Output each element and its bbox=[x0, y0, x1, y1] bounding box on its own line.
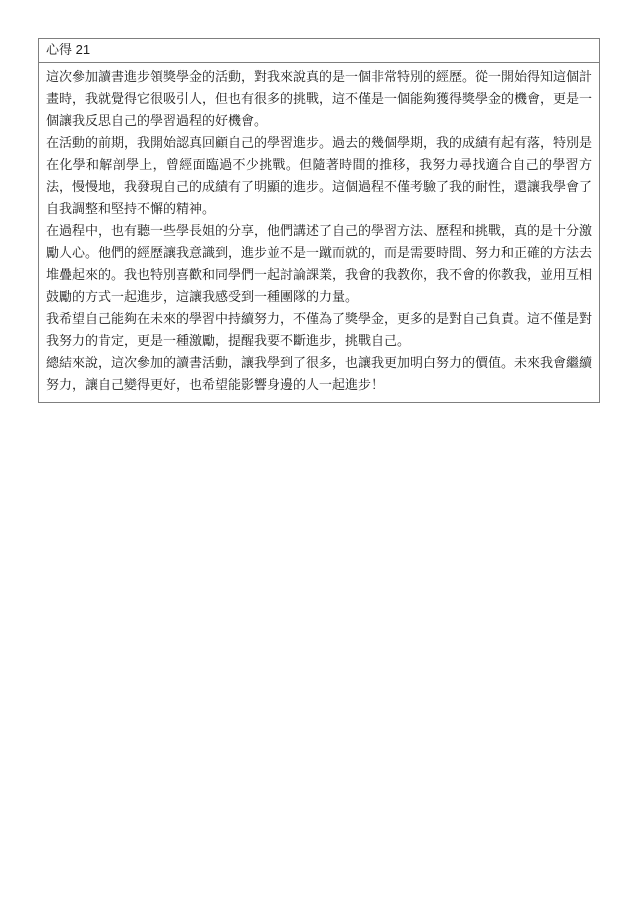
reflection-paragraph-4: 我希望自己能夠在未來的學習中持續努力，不僅為了獎學金，更多的是對自己負責。這不僅… bbox=[46, 308, 592, 352]
reflection-table: 心得 21 這次參加讀書進步領獎學金的活動，對我來說真的是一個非常特別的經歷。從… bbox=[38, 38, 600, 403]
reflection-paragraph-3: 在過程中，也有聽一些學長姐的分享，他們講述了自己的學習方法、歷程和挑戰，真的是十… bbox=[46, 220, 592, 308]
reflection-body: 這次參加讀書進步領獎學金的活動，對我來說真的是一個非常特別的經歷。從一開始得知這… bbox=[39, 63, 599, 402]
reflection-title: 心得 21 bbox=[39, 39, 599, 63]
reflection-paragraph-1: 這次參加讀書進步領獎學金的活動，對我來說真的是一個非常特別的經歷。從一開始得知這… bbox=[46, 66, 592, 132]
reflection-paragraph-2: 在活動的前期，我開始認真回顧自己的學習進步。過去的幾個學期，我的成績有起有落，特… bbox=[46, 132, 592, 220]
reflection-paragraph-5: 總結來說，這次參加的讀書活動，讓我學到了很多，也讓我更加明白努力的價值。未來我會… bbox=[46, 352, 592, 396]
